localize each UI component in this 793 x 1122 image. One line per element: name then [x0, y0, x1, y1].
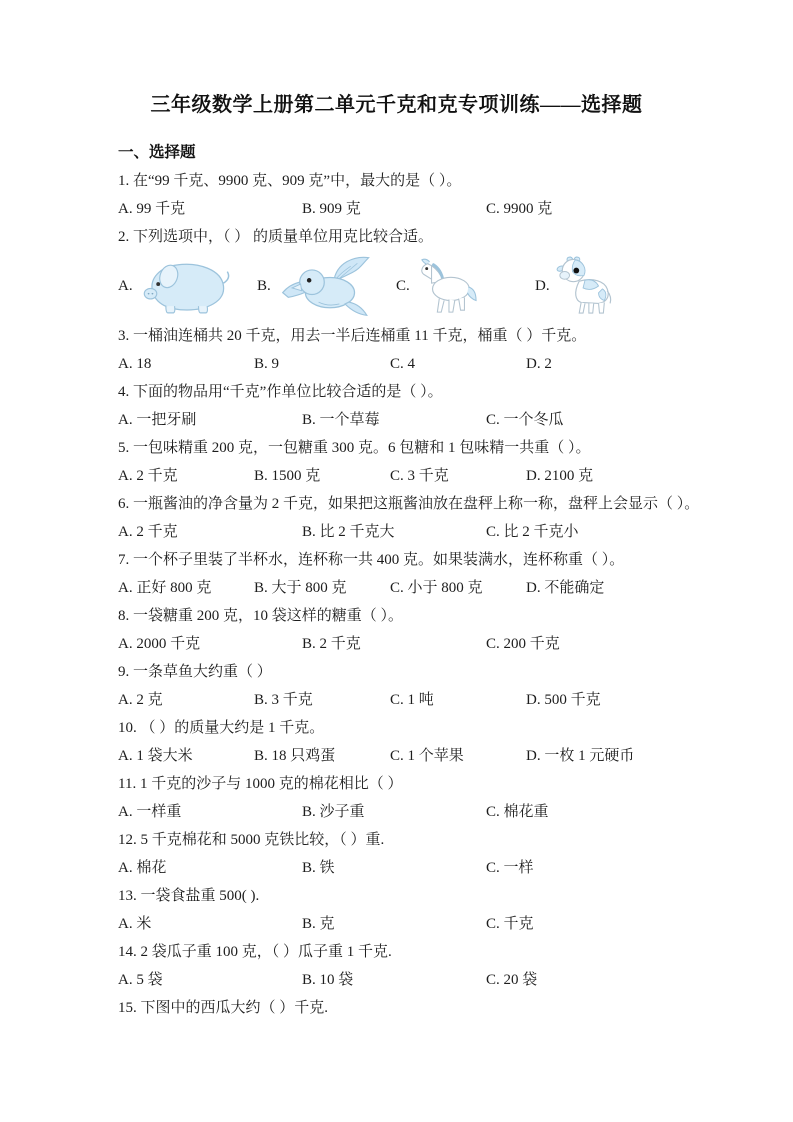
option-d: D. 2100 克 — [526, 462, 593, 490]
option-b: B. 沙子重 — [302, 798, 486, 826]
option-d: D. 500 千克 — [526, 686, 601, 714]
question-13-options: A. 米 B. 克 C. 千克 — [118, 910, 733, 938]
calf-icon — [556, 256, 614, 316]
question-3: 3. 一桶油连桶共 20 千克，用去一半后连桶重 11 千克，桶重（ ）千克。 — [118, 322, 733, 350]
option-c: C. 千克 — [486, 910, 534, 938]
option-b-bird: B. — [257, 254, 396, 318]
option-b: B. 1500 克 — [254, 462, 390, 490]
option-a: A. 正好 800 克 — [118, 574, 254, 602]
question-1: 1. 在“99 千克、9900 克、909 克”中，最大的是（ ）。 — [118, 167, 733, 195]
option-d-label: D. — [535, 272, 550, 300]
question-11: 11. 1 千克的沙子与 1000 克的棉花相比（ ） — [118, 770, 733, 798]
question-15: 15. 下图中的西瓜大约（ ）千克. — [118, 994, 733, 1022]
option-b: B. 10 袋 — [302, 966, 486, 994]
option-d-calf: D. — [535, 256, 614, 316]
option-b: B. 3 千克 — [254, 686, 390, 714]
question-10: 10. （ ）的质量大约是 1 千克。 — [118, 714, 733, 742]
option-a-label: A. — [118, 272, 133, 300]
option-c-label: C. — [396, 272, 410, 300]
question-3-options: A. 18 B. 9 C. 4 D. 2 — [118, 350, 733, 378]
question-14-options: A. 5 袋 B. 10 袋 C. 20 袋 — [118, 966, 733, 994]
question-6: 6. 一瓶酱油的净含量为 2 千克，如果把这瓶酱油放在盘秤上称一称，盘秤上会显示… — [118, 490, 733, 518]
option-c: C. 200 千克 — [486, 630, 560, 658]
option-a: A. 2 千克 — [118, 462, 254, 490]
option-c: C. 比 2 千克小 — [486, 518, 579, 546]
option-c: C. 一个冬瓜 — [486, 406, 564, 434]
option-d: D. 不能确定 — [526, 574, 604, 602]
question-2: 2. 下列选项中，（ ） 的质量单位用克比较合适。 — [118, 223, 733, 251]
option-b: B. 铁 — [302, 854, 486, 882]
option-c: C. 9900 克 — [486, 195, 552, 223]
option-a: A. 99 千克 — [118, 195, 302, 223]
option-c: C. 20 袋 — [486, 966, 537, 994]
question-5: 5. 一包味精重 200 克，一包糖重 300 克。6 包糖和 1 包味精一共重… — [118, 434, 733, 462]
question-5-options: A. 2 千克 B. 1500 克 C. 3 千克 D. 2100 克 — [118, 462, 733, 490]
question-4-options: A. 一把牙刷 B. 一个草莓 C. 一个冬瓜 — [118, 406, 733, 434]
question-9-options: A. 2 克 B. 3 千克 C. 1 吨 D. 500 千克 — [118, 686, 733, 714]
option-c: C. 一样 — [486, 854, 534, 882]
option-a: A. 2 千克 — [118, 518, 302, 546]
option-a: A. 棉花 — [118, 854, 302, 882]
option-a: A. 2000 千克 — [118, 630, 302, 658]
option-b: B. 18 只鸡蛋 — [254, 742, 390, 770]
option-b: B. 2 千克 — [302, 630, 486, 658]
option-b: B. 一个草莓 — [302, 406, 486, 434]
option-a-pig: A. — [118, 257, 257, 315]
question-14: 14. 2 袋瓜子重 100 克，（ ）瓜子重 1 千克. — [118, 938, 733, 966]
page-title: 三年级数学上册第二单元千克和克专项训练——选择题 — [0, 0, 793, 117]
question-10-options: A. 1 袋大米 B. 18 只鸡蛋 C. 1 个苹果 D. 一枚 1 元硬币 — [118, 742, 733, 770]
section-heading: 一、选择题 — [118, 139, 733, 167]
question-8: 8. 一袋糖重 200 克，10 袋这样的糖重（ ）。 — [118, 602, 733, 630]
bird-icon — [277, 254, 381, 318]
option-a: A. 1 袋大米 — [118, 742, 254, 770]
option-c: C. 3 千克 — [390, 462, 526, 490]
pig-icon — [139, 257, 235, 315]
question-8-options: A. 2000 千克 B. 2 千克 C. 200 千克 — [118, 630, 733, 658]
question-7: 7. 一个杯子里装了半杯水，连杯称一共 400 克。如果装满水，连杯称重（ ）。 — [118, 546, 733, 574]
question-12-options: A. 棉花 B. 铁 C. 一样 — [118, 854, 733, 882]
option-a: A. 18 — [118, 350, 254, 378]
question-9: 9. 一条草鱼大约重（ ） — [118, 658, 733, 686]
option-b: B. 大于 800 克 — [254, 574, 390, 602]
option-d: D. 一枚 1 元硬币 — [526, 742, 634, 770]
option-c: C. 1 个苹果 — [390, 742, 526, 770]
option-c: C. 小于 800 克 — [390, 574, 526, 602]
question-6-options: A. 2 千克 B. 比 2 千克大 C. 比 2 千克小 — [118, 518, 733, 546]
option-a: A. 一把牙刷 — [118, 406, 302, 434]
option-a: A. 米 — [118, 910, 302, 938]
option-b: B. 9 — [254, 350, 390, 378]
option-a: A. 2 克 — [118, 686, 254, 714]
question-11-options: A. 一样重 B. 沙子重 C. 棉花重 — [118, 798, 733, 826]
option-a: A. 一样重 — [118, 798, 302, 826]
question-12: 12. 5 千克棉花和 5000 克铁比较，（ ）重. — [118, 826, 733, 854]
horse-icon — [416, 256, 480, 316]
option-c: C. 棉花重 — [486, 798, 549, 826]
option-c-horse: C. — [396, 256, 535, 316]
option-b: B. 克 — [302, 910, 486, 938]
option-b: B. 比 2 千克大 — [302, 518, 486, 546]
option-c: C. 1 吨 — [390, 686, 526, 714]
question-13: 13. 一袋食盐重 500( ). — [118, 882, 733, 910]
option-c: C. 4 — [390, 350, 526, 378]
option-d: D. 2 — [526, 350, 552, 378]
worksheet-content: 一、选择题 1. 在“99 千克、9900 克、909 克”中，最大的是（ ）。… — [118, 139, 733, 1022]
worksheet-page: 三年级数学上册第二单元千克和克专项训练——选择题 一、选择题 1. 在“99 千… — [0, 0, 793, 1122]
question-1-options: A. 99 千克 B. 909 克 C. 9900 克 — [118, 195, 733, 223]
question-2-options: A. B. — [118, 252, 733, 320]
question-4: 4. 下面的物品用“千克”作单位比较合适的是（ ）。 — [118, 378, 733, 406]
option-b: B. 909 克 — [302, 195, 486, 223]
option-a: A. 5 袋 — [118, 966, 302, 994]
question-7-options: A. 正好 800 克 B. 大于 800 克 C. 小于 800 克 D. 不… — [118, 574, 733, 602]
option-b-label: B. — [257, 272, 271, 300]
